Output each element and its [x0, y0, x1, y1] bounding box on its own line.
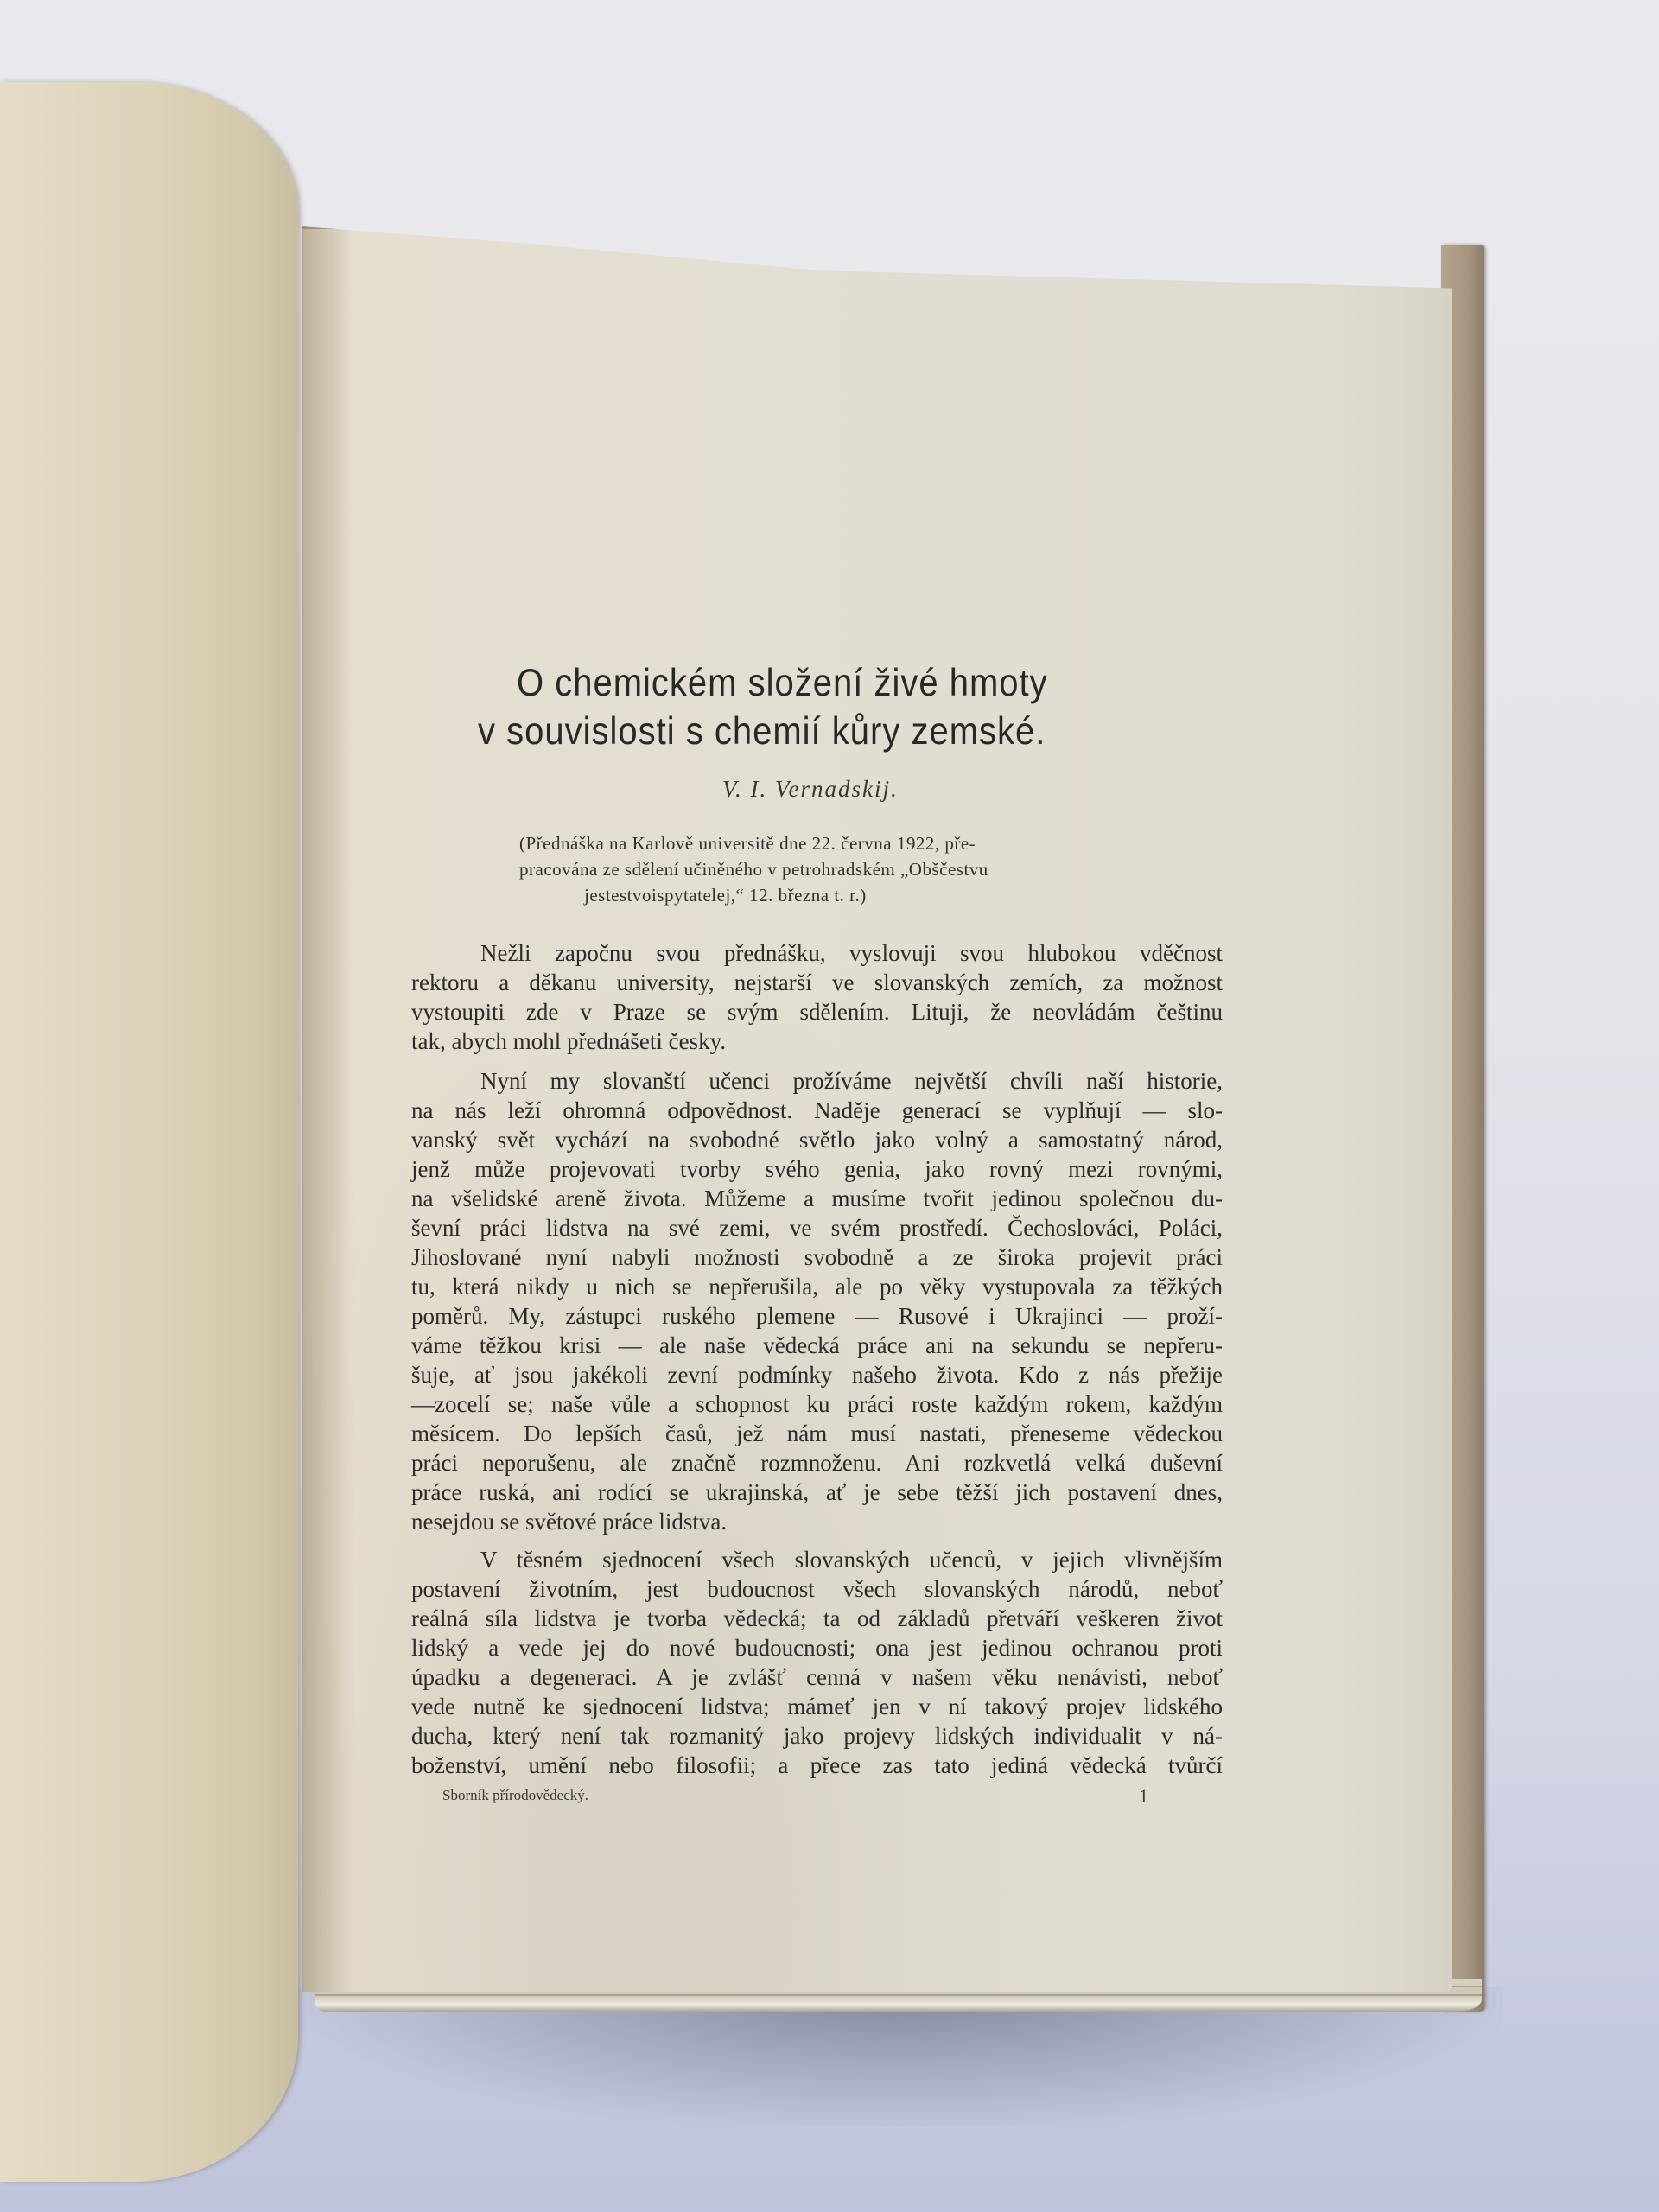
body-line: Nyní my slovanští učenci prožíváme nejvě…: [480, 1068, 1223, 1095]
lecture-note-line-2: pracována ze sdělení učiněného v petrohr…: [519, 859, 988, 880]
body-line: —zocelí se; naše vůle a schopnost ku prá…: [411, 1391, 1223, 1418]
body-line: úpadku a degeneraci. A je zvlášť cenná v…: [411, 1664, 1223, 1691]
page-number: 1: [1139, 1785, 1148, 1808]
body-line: vanský svět vychází na svobodné světlo j…: [411, 1127, 1223, 1154]
body-line: ducha, který není tak rozmanitý jako pro…: [411, 1723, 1223, 1750]
body-line: tak, abych mohl přednášeti česky.: [411, 1028, 726, 1055]
body-line: práci neporušenu, ale značně rozmnoženu.…: [411, 1450, 1223, 1477]
lecture-note-line-3: jestestvoispytatelej,“ 12. března t. r.): [584, 885, 867, 906]
body-line: lidský a vede jej do nové budoucnosti; o…: [411, 1635, 1223, 1662]
body-line: tu, která nikdy u nich se nepřerušila, a…: [411, 1274, 1223, 1300]
body-line: šuje, ať jsou jakékoli zevní podmínky na…: [411, 1362, 1223, 1389]
body-line: práce ruská, ani rodící se ukrajinská, a…: [411, 1479, 1223, 1506]
body-line: vystoupiti zde v Praze se svým sdělením.…: [411, 999, 1223, 1026]
gutter-shadow: [302, 229, 354, 1992]
body-line: V těsném sjednocení všech slovanských uč…: [480, 1547, 1223, 1573]
body-line: boženství, umění nebo filosofii; a přece…: [411, 1752, 1223, 1779]
body-line: Jihoslované nyní nabyli možnosti svobodn…: [411, 1244, 1223, 1271]
body-line: jenž může projevovati tvorby svého genia…: [411, 1156, 1223, 1183]
body-line: Nežli započnu svou přednášku, vyslovuji …: [480, 940, 1223, 967]
article-title-line-1: O chemickém složení živé hmoty: [517, 662, 1048, 705]
body-line: vede nutně ke sjednocení lidstva; mámeť …: [411, 1694, 1223, 1720]
body-line: nesejdou se světové práce lidstva.: [411, 1509, 727, 1535]
page-footer-journal: Sborník přírodovědecký.: [442, 1787, 588, 1804]
body-line: na všelidské areně života. Můžeme a musí…: [411, 1185, 1223, 1212]
body-line: poměrů. My, zástupci ruského plemene — R…: [411, 1303, 1223, 1330]
body-line: měsícem. Do lepších časů, jež nám musí n…: [411, 1421, 1223, 1447]
body-line: rektoru a děkanu university, nejstarší v…: [411, 969, 1223, 996]
body-line: reálná síla lidstva je tvorba vědecká; t…: [411, 1605, 1223, 1632]
page-edge-line: [315, 1994, 1482, 1996]
body-line: váme těžkou krisi — ale naše vědecká prá…: [411, 1332, 1223, 1359]
body-line: na nás leží ohromná odpovědnost. Naděje …: [411, 1097, 1223, 1124]
body-line: postavení životním, jest budoucnost všec…: [411, 1576, 1223, 1603]
lecture-note-line-1: (Přednáška na Karlově universitě dne 22.…: [519, 833, 976, 855]
body-line: ševní práci lidstva na své zemi, ve svém…: [411, 1215, 1223, 1242]
article-title-line-2: v souvislosti s chemií kůry zemské.: [478, 710, 1046, 753]
article-author: V. I. Vernadskij.: [722, 776, 899, 803]
left-page: [0, 82, 298, 2182]
